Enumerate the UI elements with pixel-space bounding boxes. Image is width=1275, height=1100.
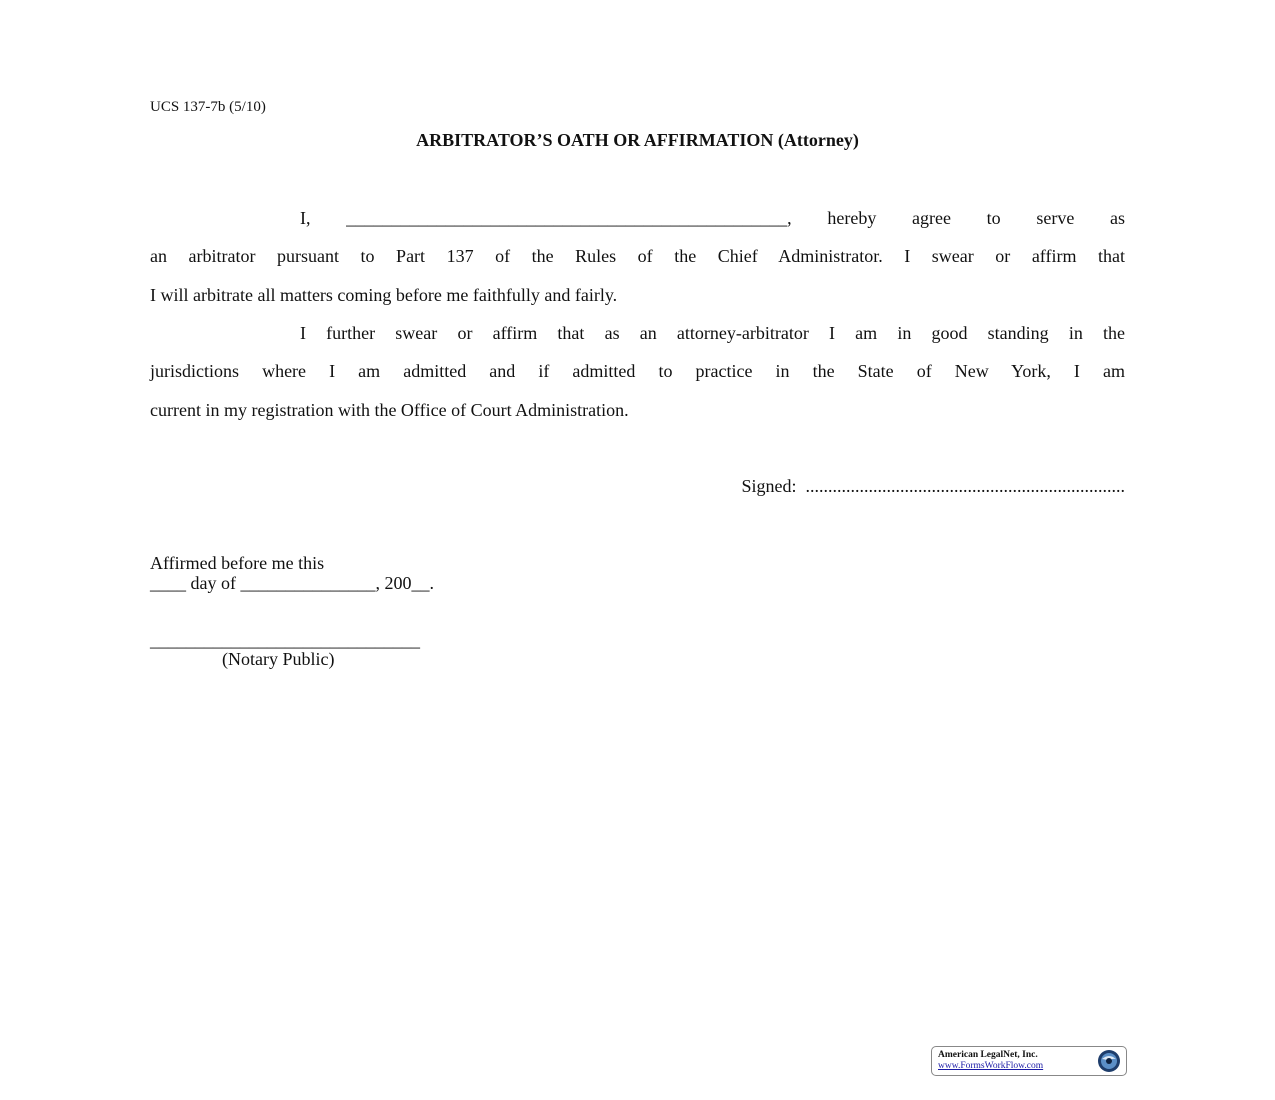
form-id: UCS 137-7b (5/10)	[150, 99, 266, 116]
document-title: ARBITRATOR’S OATH OR AFFIRMATION (Attorn…	[0, 130, 1275, 151]
oath-line-1: I, _____________________________________…	[150, 199, 1125, 237]
standing-paragraph: I further swear or affirm that as an att…	[150, 314, 1125, 429]
standing-line-1: I further swear or affirm that as an att…	[150, 314, 1125, 352]
footer-badge[interactable]: American LegalNet, Inc. www.FormsWorkFlo…	[931, 1046, 1127, 1076]
standing-line-3: current in my registration with the Offi…	[150, 391, 1125, 429]
badge-company: American LegalNet, Inc.	[938, 1050, 1038, 1060]
signature-block: Signed: ................................…	[741, 476, 1125, 497]
affirmation-line-1: Affirmed before me this	[150, 553, 434, 573]
oath-paragraph: I, _____________________________________…	[150, 199, 1125, 314]
signature-line: ........................................…	[806, 476, 1126, 496]
affirmation-block: Affirmed before me this ____ day of ____…	[150, 553, 434, 593]
notary-signature-line: ______________________________	[150, 630, 420, 651]
affirmation-line-2: ____ day of _______________, 200__.	[150, 573, 434, 593]
notary-label: (Notary Public)	[222, 649, 334, 670]
oath-line-2: an arbitrator pursuant to Part 137 of th…	[150, 237, 1125, 275]
oath-line-3: I will arbitrate all matters coming befo…	[150, 276, 1125, 314]
standing-line-2: jurisdictions where I am admitted and if…	[150, 352, 1125, 390]
globe-logo-icon	[1096, 1049, 1122, 1073]
signed-label: Signed:	[741, 476, 796, 496]
badge-url-link[interactable]: www.FormsWorkFlow.com	[938, 1061, 1043, 1071]
